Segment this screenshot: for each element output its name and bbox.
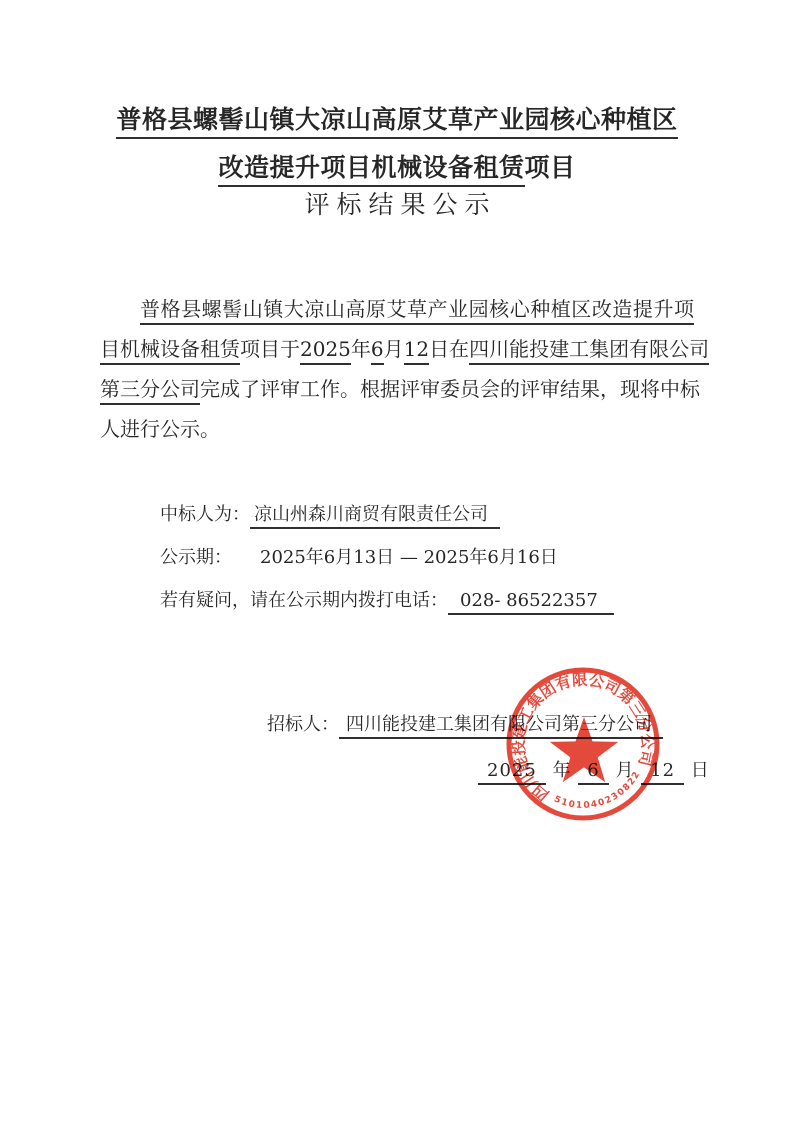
title-line-1: 普格县螺髻山镇大凉山高原艾草产业园核心种植区 [0, 104, 794, 136]
tenderer-label: 招标人： [267, 714, 339, 735]
text-segment: 项目于 [240, 337, 300, 361]
underlined-text-segment: 6 [371, 337, 384, 365]
seal-star-icon [550, 717, 618, 782]
title-line-1-text: 普格县螺髻山镇大凉山高原艾草产业园核心种植区 [116, 105, 677, 139]
underlined-text-segment: 2025 [300, 337, 351, 365]
underlined-text-segment: 四川能投建工集团有限公司 [469, 337, 709, 365]
underlined-text-segment: 普格县螺髻山镇大凉山高原艾草产业园核心种植区改造提升项 [140, 297, 694, 325]
underlined-text-segment: 目机械设备租赁 [100, 337, 240, 365]
text-segment: 月 [384, 337, 404, 361]
contact-row: 若有疑问，请在公示期内拨打电话：028- 86522357 [160, 588, 614, 614]
contact-label: 若有疑问，请在公示期内拨打电话： [160, 590, 448, 611]
official-seal-graphic: 四川能投建工集团有限公司第三分公司 5101040230822 [498, 659, 668, 829]
publicity-period-value: 2025年6月13日 — 2025年6月16日 [260, 547, 558, 568]
underlined-text-segment: 第三分公司 [100, 377, 200, 405]
paragraph-line: 目机械设备租赁项目于2025年6月12日在四川能投建工集团有限公司 [100, 332, 694, 372]
details-block: 中标人为：凉山州森川商贸有限责任公司 公示期：2025年6月13日 — 2025… [160, 502, 614, 631]
text-segment: 日 [684, 760, 710, 781]
winner-name: 凉山州森川商贸有限责任公司 [250, 504, 500, 529]
title-line-3: 评标结果公示 [0, 189, 794, 221]
underlined-text-segment: 12 [404, 337, 429, 365]
paragraph-line: 普格县螺髻山镇大凉山高原艾草产业园核心种植区改造提升项 [100, 292, 694, 332]
text-segment: 人进行公示。 [100, 417, 220, 441]
document-page: 普格县螺髻山镇大凉山高原艾草产业园核心种植区 改造提升项目机械设备租赁项目 评标… [0, 0, 794, 1122]
contact-phone: 028- 86522357 [448, 590, 614, 615]
winner-row: 中标人为：凉山州森川商贸有限责任公司 [160, 502, 614, 528]
text-segment: 年 [351, 337, 371, 361]
official-seal: 四川能投建工集团有限公司第三分公司 5101040230822 [498, 659, 668, 829]
title-line-2: 改造提升项目机械设备租赁项目 [0, 152, 794, 184]
publicity-period-row: 公示期：2025年6月13日 — 2025年6月16日 [160, 545, 614, 571]
title-line-2-underlined-text: 改造提升项目机械设备租赁 [218, 153, 524, 187]
publicity-period-label: 公示期： [160, 547, 232, 568]
announcement-paragraph: 普格县螺髻山镇大凉山高原艾草产业园核心种植区改造提升项 目机械设备租赁项目于20… [100, 292, 694, 452]
paragraph-line: 人进行公示。 [100, 412, 694, 452]
paragraph-line: 第三分公司完成了评审工作。根据评审委员会的评审结果，现将中标 [100, 372, 694, 412]
text-segment: 完成了评审工作。根据评审委员会的评审结果，现将中标 [200, 377, 700, 401]
winner-label: 中标人为： [160, 504, 250, 525]
title-line-2-plain-text: 项目 [525, 153, 576, 182]
text-segment: 日在 [429, 337, 469, 361]
